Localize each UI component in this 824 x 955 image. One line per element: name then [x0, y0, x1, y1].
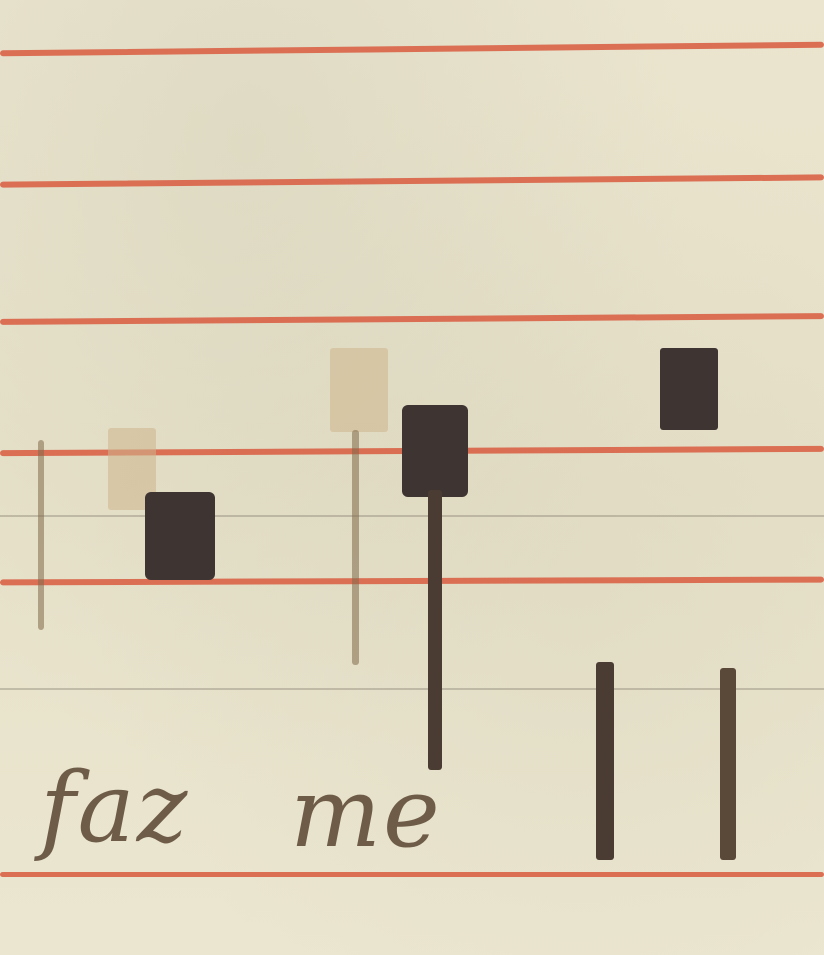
erased-stem-left	[38, 440, 44, 630]
note-square-with-stem	[402, 405, 468, 497]
staff-line-3	[0, 313, 824, 325]
text-baseline-red	[0, 872, 824, 877]
manuscript-page: faz me lul	[0, 0, 824, 955]
erased-note-2	[330, 348, 388, 432]
lyric-syllable-2: me	[290, 765, 442, 861]
staff-line-1	[0, 42, 824, 57]
erased-stem-2	[352, 430, 359, 665]
note-stem	[428, 490, 442, 770]
staff-line-5	[0, 577, 824, 586]
ghost-text-bleedthrough	[20, 80, 42, 150]
staff-line-2	[0, 174, 824, 187]
note-square-1	[145, 492, 215, 580]
drypoint-ruling-1	[0, 515, 824, 517]
lyric-syllable-1: faz	[40, 760, 189, 856]
drypoint-ruling-2	[0, 688, 824, 690]
letter-l-ascender-2	[720, 668, 736, 860]
note-square-2	[660, 348, 718, 430]
